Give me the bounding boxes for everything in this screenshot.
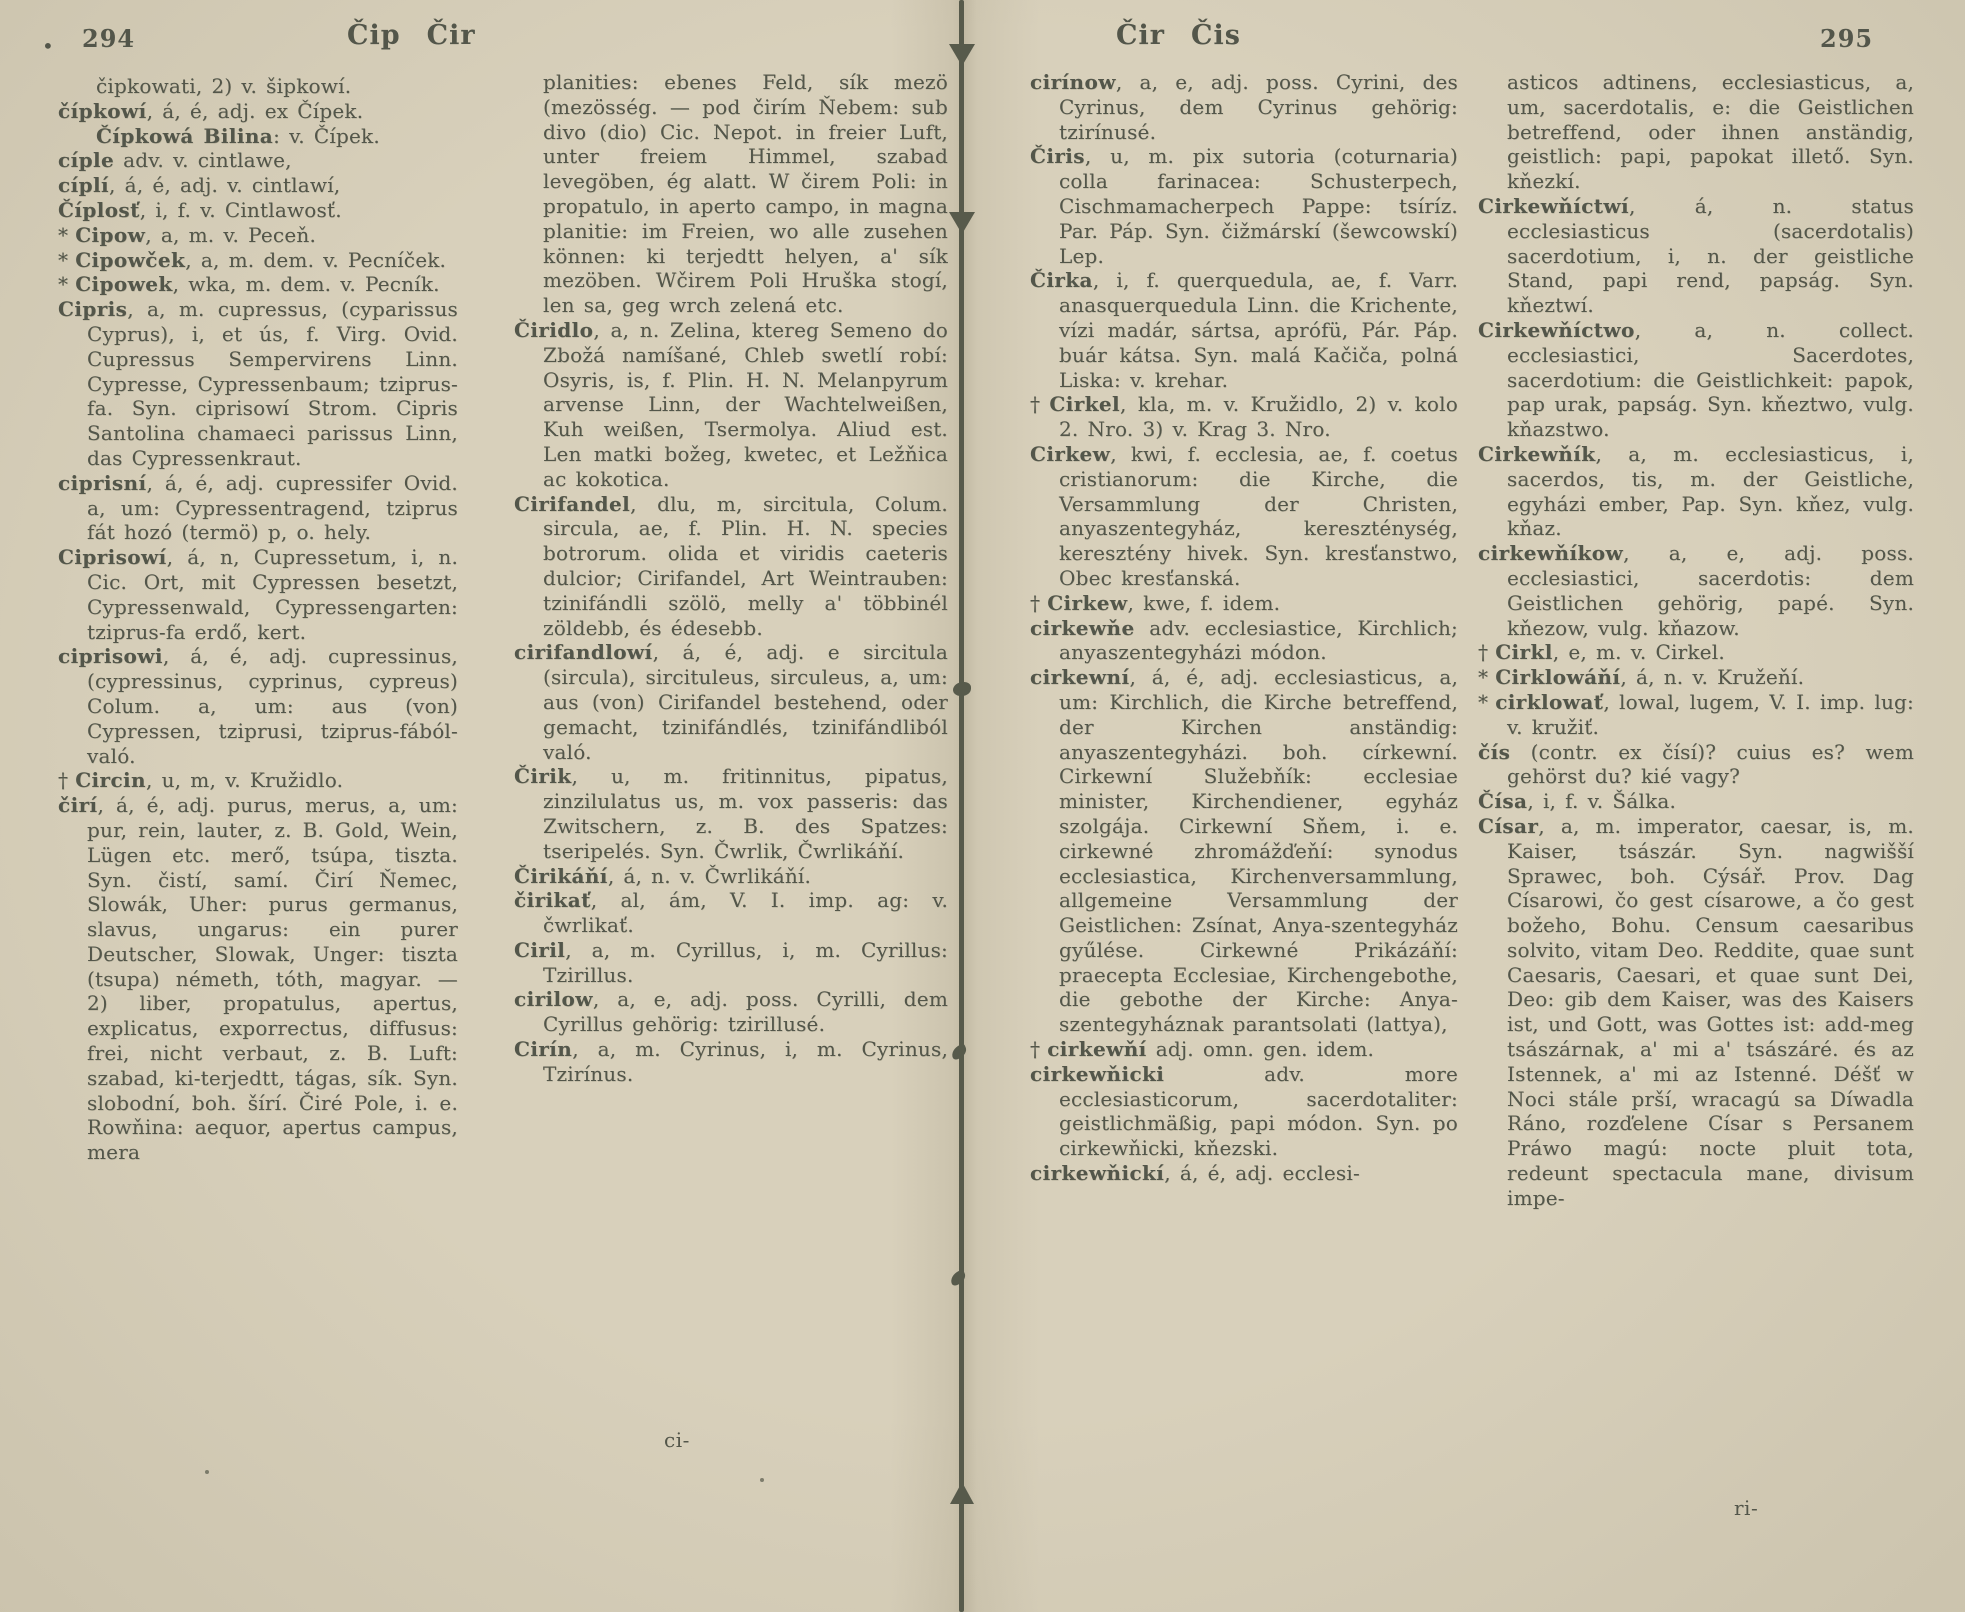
entry-marker: * bbox=[58, 223, 68, 247]
entry-body: , u, m. pix sutoria (coturnaria) colla f… bbox=[1059, 144, 1458, 267]
right-page-column-2: asticos adtinens, ecclesiasticus, a, um,… bbox=[1478, 70, 1914, 1540]
dictionary-entry: Čípkowá Bilina: v. Čípek. bbox=[58, 124, 458, 149]
dictionary-entry: čirikať, al, ám, V. I. imp. ag: v. čwrli… bbox=[514, 888, 948, 938]
entry-body: , wka, m. dem. v. Pecník. bbox=[173, 272, 440, 296]
entry-headword: Ciprisowí bbox=[58, 545, 167, 569]
entry-marker: † bbox=[1030, 392, 1042, 416]
entry-headword: Cipowek bbox=[75, 272, 172, 296]
dictionary-entry: ciprisowi, á, é, adj. cupressinus, (cypr… bbox=[58, 644, 458, 768]
entry-headword: Čísa bbox=[1478, 789, 1527, 813]
dictionary-entry: Čirikáňí, á, n. v. Čwrlikáňí. bbox=[514, 864, 948, 889]
entry-headword: cíplí bbox=[58, 173, 109, 197]
fold-ornament-leaf bbox=[949, 1043, 969, 1061]
entry-body: , á, é, adj. v. cintlawí, bbox=[109, 173, 340, 197]
entry-body: , a, m. imperator, caesar, is, m. Kaiser… bbox=[1507, 814, 1914, 1210]
entry-body: , kwi, f. ecclesia, ae, f. coetus cristi… bbox=[1059, 442, 1458, 590]
dictionary-entry: Cirifandel, dlu, m, sircitula, Colum. si… bbox=[514, 492, 948, 641]
left-page-column-1: čipkowati, 2) v. šipkowí. čípkowí, á, é,… bbox=[58, 74, 458, 1419]
entry-marker: * bbox=[58, 248, 68, 272]
entry-body: , i, f. querquedula, ae, f. Varr. anasqu… bbox=[1059, 268, 1458, 391]
entry-headword: cirínow bbox=[1030, 70, 1116, 94]
entry-headword: cirkewňickí bbox=[1030, 1161, 1164, 1185]
dictionary-entry: asticos adtinens, ecclesiasticus, a, um,… bbox=[1478, 70, 1914, 194]
dictionary-entry: cirkewňíkow, a, e, adj. poss. ecclesiast… bbox=[1478, 541, 1914, 640]
entry-headword: cirklowať bbox=[1495, 690, 1603, 714]
fold-ornament-arrow-down bbox=[949, 44, 975, 66]
ink-speck bbox=[760, 1478, 764, 1482]
entry-headword: cirilow bbox=[514, 987, 593, 1011]
entry-headword: Cipow bbox=[75, 223, 145, 247]
dictionary-entry: *cirklowať, lowal, lugem, V. I. imp. lug… bbox=[1478, 690, 1914, 740]
entry-headword: Cipowček bbox=[75, 248, 185, 272]
right-page-column-1: cirínow, a, e, adj. poss. Cyrini, des Cy… bbox=[1030, 70, 1458, 1600]
dictionary-entry: *Cipow, a, m. v. Peceň. bbox=[58, 223, 458, 248]
entry-body: , a, e, adj. poss. Cyrini, des Cyrinus, … bbox=[1059, 70, 1458, 144]
entry-headword: Cirkewňíctwo bbox=[1478, 318, 1635, 342]
fold-ornament-leaf bbox=[948, 1269, 968, 1287]
entry-headword: ciprisowi bbox=[58, 644, 163, 668]
entry-body: , á, é, adj. ex Čípek. bbox=[147, 99, 364, 123]
entry-marker: † bbox=[1478, 640, 1488, 664]
guide-word: Čir bbox=[427, 20, 476, 51]
entry-headword: cirkewňicki bbox=[1030, 1062, 1164, 1086]
entry-body: (contr. ex čísí)? cuius es? wem gehörst … bbox=[1507, 740, 1914, 789]
dictionary-entry: Cirkewňík, a, m. ecclesiasticus, i, sace… bbox=[1478, 442, 1914, 541]
entry-marker: † bbox=[1030, 591, 1040, 615]
entry-body: , i, f. v. Šálka. bbox=[1527, 789, 1676, 813]
entry-headword: Cirkl bbox=[1495, 640, 1553, 664]
entry-headword: Čiridlo bbox=[514, 318, 593, 342]
dictionary-entry: Číplosť, i, f. v. Cintlawosť. bbox=[58, 198, 458, 223]
dictionary-entry: †Cirkel, kla, m. v. Kružidlo, 2) v. kolo… bbox=[1030, 392, 1458, 442]
dictionary-entry: cíplí, á, é, adj. v. cintlawí, bbox=[58, 173, 458, 198]
page-fold-rule bbox=[959, 0, 964, 1612]
fold-ornament-blob bbox=[953, 682, 971, 696]
dictionary-entry: cirkewňickí, á, é, adj. ecclesi- bbox=[1030, 1161, 1458, 1186]
entry-body: , u, m. fritinnitus, pipatus, zinzilulat… bbox=[543, 764, 948, 862]
entry-headword: Cirifandel bbox=[514, 492, 630, 516]
dictionary-entry: čipkowati, 2) v. šipkowí. bbox=[58, 74, 458, 99]
entry-body: , a, e, adj. poss. Cyrilli, dem Cyrillus… bbox=[543, 987, 948, 1036]
entry-headword: Císar bbox=[1478, 814, 1538, 838]
guide-word: Čis bbox=[1191, 20, 1241, 51]
entry-headword: Čiris bbox=[1030, 144, 1085, 168]
entry-headword: Cirkew bbox=[1030, 442, 1110, 466]
dictionary-entry: †Cirkew, kwe, f. idem. bbox=[1030, 591, 1458, 616]
entry-headword: Ciril bbox=[514, 938, 565, 962]
entry-body: , a, m. Cyrillus, i, m. Cyrillus: Tziril… bbox=[543, 938, 948, 987]
dictionary-entry: cirilow, a, e, adj. poss. Cyrilli, dem C… bbox=[514, 987, 948, 1037]
entry-headword: cíple bbox=[58, 148, 114, 172]
entry-body: , a, n. Zelina, ktereg Semeno do Zbožá n… bbox=[543, 318, 948, 491]
dictionary-entry: Ciprisowí, á, n, Cupressetum, i, n. Cic.… bbox=[58, 545, 458, 644]
dictionary-entry: *Cirklowáňí, á, n. v. Kružeňí. bbox=[1478, 665, 1914, 690]
dictionary-entry: Čirik, u, m. fritinnitus, pipatus, zinzi… bbox=[514, 764, 948, 863]
entry-headword: Číplosť bbox=[58, 198, 140, 222]
entry-headword: Čirka bbox=[1030, 268, 1093, 292]
dictionary-entry: Cirkewňíctwo, a, n. collect. ecclesiasti… bbox=[1478, 318, 1914, 442]
entry-body: , kwe, f. idem. bbox=[1127, 591, 1280, 615]
entry-body: planities: ebenes Feld, sík mezö (mezöss… bbox=[543, 70, 948, 317]
entry-headword: cirkewňe bbox=[1030, 616, 1135, 640]
entry-body: , á, é, adj. ecclesiasticus, a, um: Kirc… bbox=[1059, 665, 1458, 1036]
dictionary-entry: *Cipowek, wka, m. dem. v. Pecník. bbox=[58, 272, 458, 297]
entry-body: , á, n. v. Čwrlikáňí. bbox=[608, 864, 811, 888]
entry-headword: cirkewní bbox=[1030, 665, 1129, 689]
entry-marker: * bbox=[1478, 665, 1488, 689]
entry-marker: † bbox=[1030, 1037, 1040, 1061]
entry-body: asticos adtinens, ecclesiasticus, a, um,… bbox=[1507, 70, 1914, 193]
dictionary-entry: Čísa, i, f. v. Šálka. bbox=[1478, 789, 1914, 814]
dictionary-entry: cirifandlowí, á, é, adj. e sircitula (si… bbox=[514, 640, 948, 764]
guide-word: Čir bbox=[1116, 20, 1165, 51]
entry-headword: Cirkew bbox=[1047, 591, 1127, 615]
entry-headword: Čirik bbox=[514, 764, 572, 788]
dictionary-entry: cíple adv. v. cintlawe, bbox=[58, 148, 458, 173]
entry-body: , a, m. v. Peceň. bbox=[145, 223, 316, 247]
left-page-number: 294 bbox=[82, 24, 135, 53]
entry-body: , u, m, v. Kružidlo. bbox=[146, 768, 343, 792]
dictionary-entry: čís (contr. ex čísí)? cuius es? wem gehö… bbox=[1478, 740, 1914, 790]
dictionary-entry: cirkewňe adv. ecclesiastice, Kirchlich; … bbox=[1030, 616, 1458, 666]
entry-body: , i, f. v. Cintlawosť. bbox=[140, 198, 342, 222]
ink-speck bbox=[205, 1470, 209, 1474]
entry-headword: čípkowí bbox=[58, 99, 147, 123]
dictionary-entry: *Cipowček, a, m. dem. v. Pecníček. bbox=[58, 248, 458, 273]
entry-body: , a, m. dem. v. Pecníček. bbox=[185, 248, 446, 272]
dictionary-entry: †cirkewňí adj. omn. gen. idem. bbox=[1030, 1037, 1458, 1062]
entry-headword: Cirklowáňí bbox=[1495, 665, 1620, 689]
dictionary-entry: †Circin, u, m, v. Kružidlo. bbox=[58, 768, 458, 793]
entry-headword: ciprisní bbox=[58, 471, 147, 495]
entry-body: : v. Čípek. bbox=[273, 124, 380, 148]
dictionary-entry: Čiridlo, a, n. Zelina, ktereg Semeno do … bbox=[514, 318, 948, 492]
right-page-catchword: ri- bbox=[1734, 1496, 1758, 1520]
entry-headword: cirifandlowí bbox=[514, 640, 653, 664]
entry-headword: Cirkel bbox=[1049, 392, 1120, 416]
dictionary-entry: Cirín, a, m. Cyrinus, i, m. Cyrinus, Tzi… bbox=[514, 1037, 948, 1087]
entry-body: adj. omn. gen. idem. bbox=[1147, 1037, 1374, 1061]
dictionary-entry: Čiris, u, m. pix sutoria (coturnaria) co… bbox=[1030, 144, 1458, 268]
dictionary-entry: čípkowí, á, é, adj. ex Čípek. bbox=[58, 99, 458, 124]
entry-body: , a, m. cupressus, (cyparissus Cyprus), … bbox=[87, 297, 458, 470]
guide-word: Čip bbox=[347, 20, 401, 51]
right-page-number: 295 bbox=[1820, 24, 1873, 53]
entry-headword: Cirkewňík bbox=[1478, 442, 1595, 466]
right-guide-words: Čir Čis bbox=[1116, 20, 1241, 51]
dictionary-entry: cirínow, a, e, adj. poss. Cyrini, des Cy… bbox=[1030, 70, 1458, 144]
entry-headword: čís bbox=[1478, 740, 1510, 764]
entry-marker: * bbox=[58, 272, 68, 296]
dictionary-entry: cirkewní, á, é, adj. ecclesiasticus, a, … bbox=[1030, 665, 1458, 1037]
entry-body: adv. v. cintlawe, bbox=[114, 148, 292, 172]
entry-marker: * bbox=[1478, 690, 1488, 714]
entry-body: čipkowati, 2) v. šipkowí. bbox=[96, 74, 351, 98]
book-page-spread: • 294 Čip Čir Čir Čis 295 čipkowati, 2) … bbox=[0, 0, 1965, 1612]
entry-headword: čirikať bbox=[514, 888, 591, 912]
entry-headword: Circin bbox=[75, 768, 146, 792]
dictionary-entry: cirkewňicki adv. more ecclesiasticorum, … bbox=[1030, 1062, 1458, 1161]
dictionary-entry: planities: ebenes Feld, sík mezö (mezöss… bbox=[514, 70, 948, 318]
entry-headword: cirkewňíkow bbox=[1478, 541, 1623, 565]
dictionary-entry: †Cirkl, e, m. v. Cirkel. bbox=[1478, 640, 1914, 665]
dictionary-entry: čirí, á, é, adj. purus, merus, a, um: pu… bbox=[58, 793, 458, 1165]
entry-body: , al, ám, V. I. imp. ag: v. čwrlikať. bbox=[543, 888, 948, 937]
fold-ornament-arrow-up bbox=[950, 1482, 974, 1504]
entry-headword: cirkewňí bbox=[1047, 1037, 1146, 1061]
entry-body: , á, n. v. Kružeňí. bbox=[1620, 665, 1804, 689]
left-guide-words: Čip Čir bbox=[347, 20, 476, 51]
entry-body: , á, é, adj. purus, merus, a, um: pur, r… bbox=[87, 793, 458, 1164]
entry-headword: Čirikáňí bbox=[514, 864, 608, 888]
dictionary-entry: Cirkew, kwi, f. ecclesia, ae, f. coetus … bbox=[1030, 442, 1458, 591]
entry-body: , á, é, adj. ecclesi- bbox=[1164, 1161, 1360, 1185]
entry-marker: † bbox=[58, 768, 68, 792]
margin-dot: • bbox=[42, 34, 54, 58]
entry-headword: Cirkewňíctwí bbox=[1478, 194, 1629, 218]
left-page-catchword: ci- bbox=[664, 1428, 690, 1452]
entry-headword: Cirín bbox=[514, 1037, 572, 1061]
dictionary-entry: Cipris, a, m. cupressus, (cyparissus Cyp… bbox=[58, 297, 458, 471]
entry-body: , e, m. v. Cirkel. bbox=[1553, 640, 1725, 664]
entry-body: , a, m. Cyrinus, i, m. Cyrinus, Tzirínus… bbox=[543, 1037, 948, 1086]
dictionary-entry: ciprisní, á, é, adj. cupressifer Ovid. a… bbox=[58, 471, 458, 545]
left-page-column-2: planities: ebenes Feld, sík mezö (mezöss… bbox=[514, 70, 948, 1470]
dictionary-entry: Ciril, a, m. Cyrillus, i, m. Cyrillus: T… bbox=[514, 938, 948, 988]
dictionary-entry: Cirkewňíctwí, á, n. status ecclesiasticu… bbox=[1478, 194, 1914, 318]
dictionary-entry: Císar, a, m. imperator, caesar, is, m. K… bbox=[1478, 814, 1914, 1211]
dictionary-entry: Čirka, i, f. querquedula, ae, f. Varr. a… bbox=[1030, 268, 1458, 392]
entry-headword: čirí bbox=[58, 793, 98, 817]
fold-ornament-arrow-down bbox=[949, 212, 975, 234]
entry-headword: Čípkowá Bilina bbox=[96, 124, 273, 148]
entry-headword: Cipris bbox=[58, 297, 127, 321]
